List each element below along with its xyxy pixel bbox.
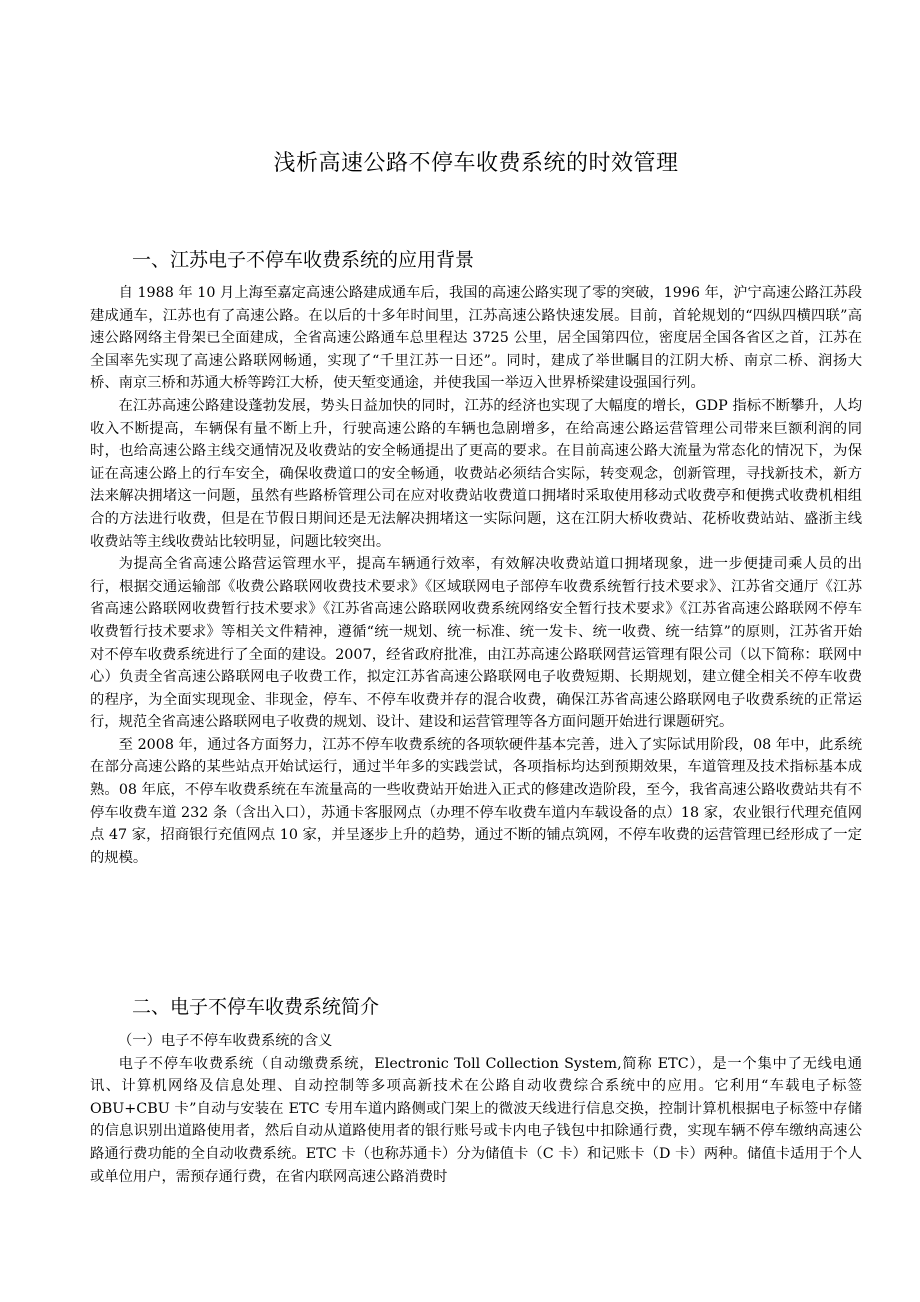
section-heading-2: 二、电子不停车收费系统简介 — [132, 992, 379, 1019]
paragraph: 电子不停车收费系统（自动缴费系统，Electronic Toll Collect… — [90, 1053, 862, 1189]
paragraph: 在江苏高速公路建设蓬勃发展，势头日益加快的同时，江苏的经济也实现了大幅度的增长，… — [90, 395, 862, 553]
document-title: 浅析高速公路不停车收费系统的时效管理 — [90, 146, 862, 177]
section-heading-1: 一、江苏电子不停车收费系统的应用背景 — [132, 245, 474, 272]
paragraph: 为提高全省高速公路营运管理水平，提高车辆通行效率，有效解决收费站道口拥堵现象，进… — [90, 553, 862, 734]
paragraph: 至 2008 年，通过各方面努力，江苏不停车收费系统的各项软硬件基本完善，进入了… — [90, 734, 862, 870]
subheading: （一）电子不停车收费系统的含义 — [90, 1030, 862, 1053]
paragraph: 自 1988 年 10 月上海至嘉定高速公路建成通车后，我国的高速公路实现了零的… — [90, 282, 862, 395]
section-2-body: （一）电子不停车收费系统的含义 电子不停车收费系统（自动缴费系统，Electro… — [90, 1030, 862, 1188]
section-1-body: 自 1988 年 10 月上海至嘉定高速公路建成通车后，我国的高速公路实现了零的… — [90, 282, 862, 869]
